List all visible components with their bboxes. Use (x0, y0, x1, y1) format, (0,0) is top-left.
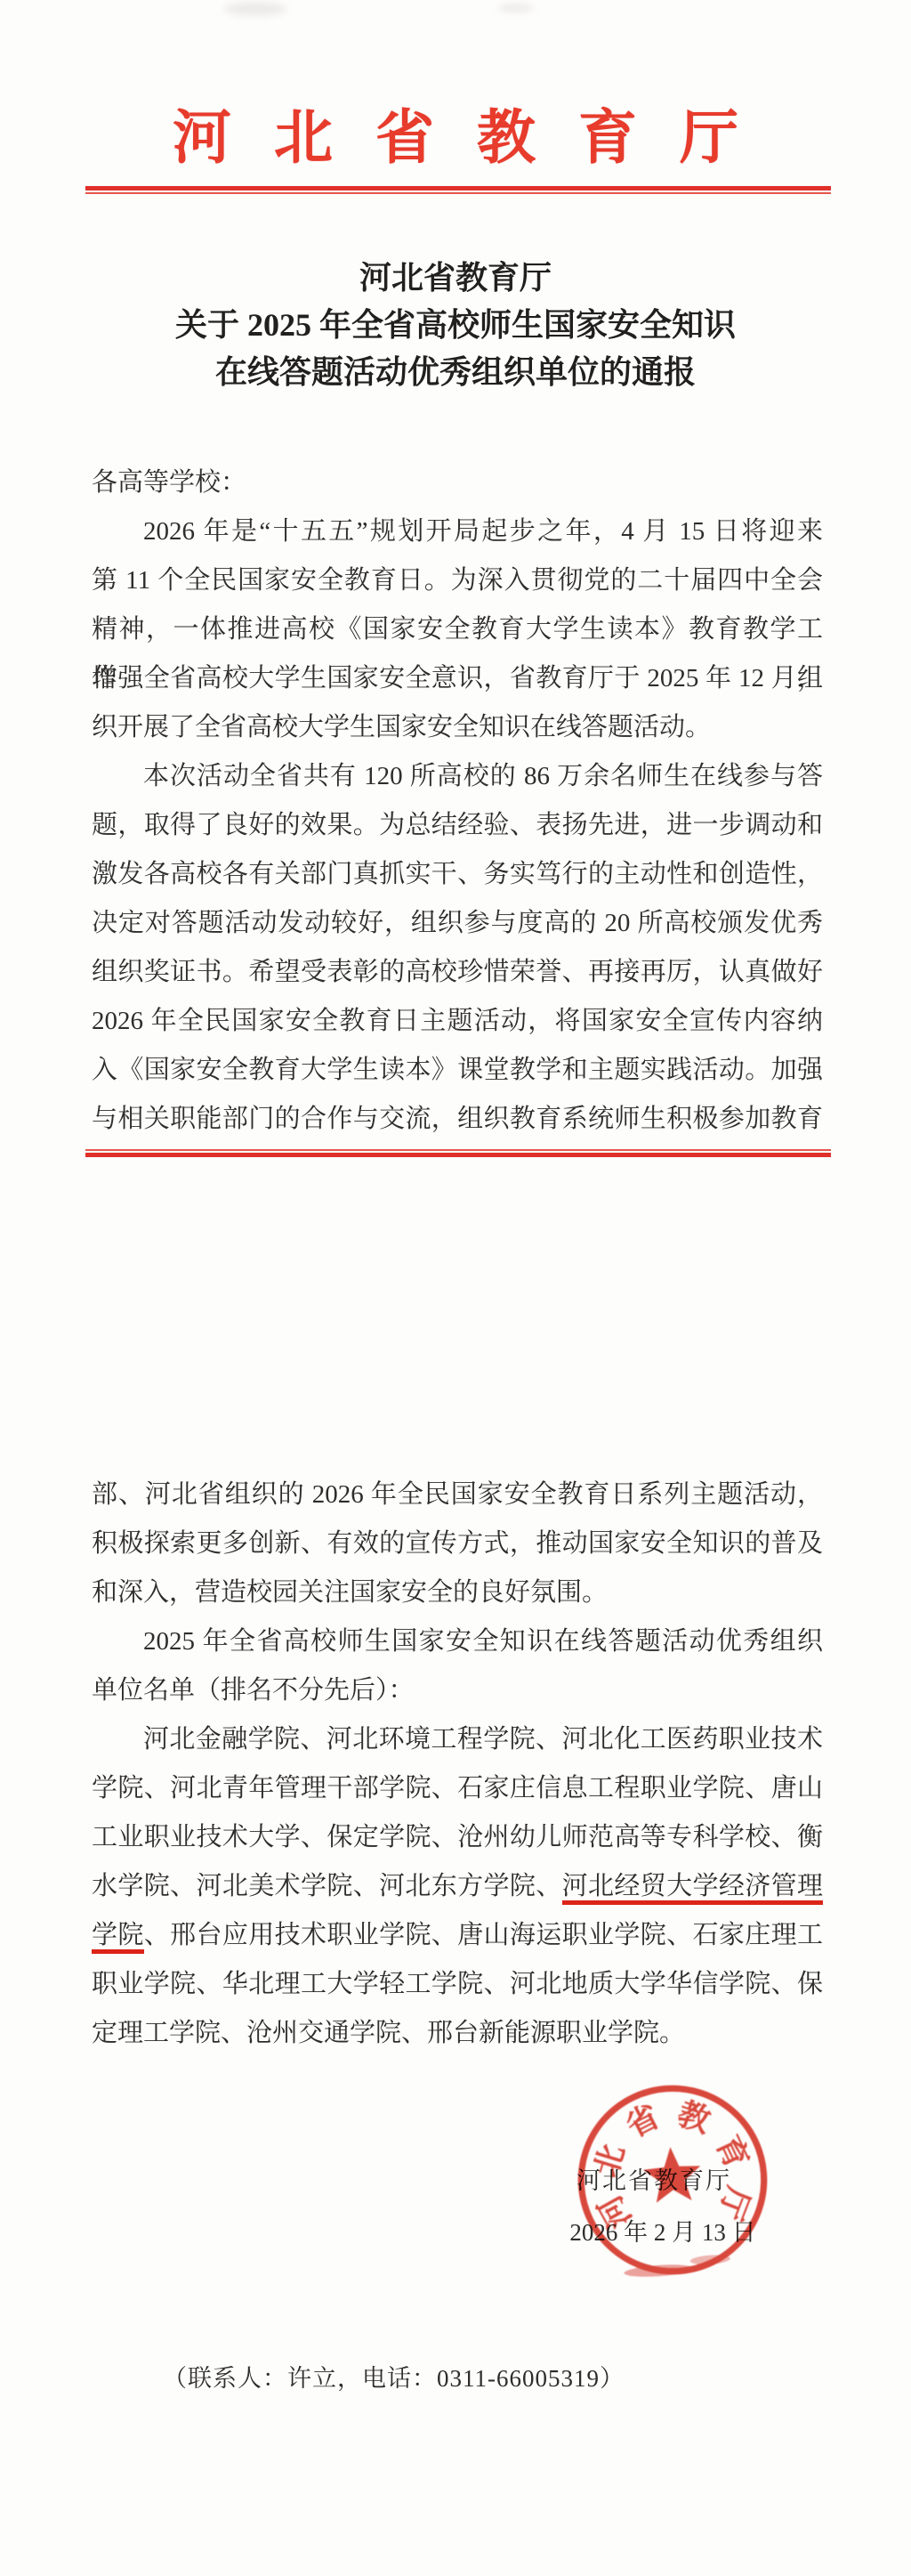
scan-smudge (498, 4, 534, 12)
seal-char: 育 (709, 2130, 754, 2174)
body-line: 决定对答题活动发动较好，组织参与度高的 20 所高校颁发优秀 (92, 899, 823, 948)
title-line-2: 关于 2025 年全省高校师生国家安全知识 (0, 302, 911, 349)
seal-char: 河 (592, 2189, 638, 2234)
masthead-divider-line (85, 186, 831, 194)
body-line: 部、河北省组织的 2026 年全民国家安全教育日系列主题活动， (92, 1470, 823, 1519)
body-line: 激发各高校各有关部门真抓实干、务实笃行的主动性和创造性， (92, 850, 823, 899)
page2-body: 部、河北省组织的 2026 年全民国家安全教育日系列主题活动， 积极探索更多创新… (92, 1470, 823, 2058)
body-line: 组织奖证书。希望受表彰的高校珍惜荣誉、再接再厉，认真做好 (92, 948, 823, 997)
body-line: 入《国家安全教育大学生读本》课堂教学和主题实践活动。加强 (92, 1046, 823, 1095)
list-line: 学院、河北青年管理干部学院、石家庄信息工程职业学院、唐山 (92, 1764, 823, 1813)
document-title: 河北省教育厅 关于 2025 年全省高校师生国家安全知识 在线答题活动优秀组织单… (0, 255, 911, 396)
list-line: 学院、邢台应用技术职业学院、唐山海运职业学院、石家庄理工 (92, 1911, 823, 1960)
seal-char: 北 (588, 2140, 632, 2181)
body-line: 单位名单（排名不分先后）： (92, 1666, 823, 1715)
list-line: 职业学院、华北理工大学轻工学院、河北地质大学华信学院、保 (92, 1960, 823, 2009)
list-line: 水学院、河北美术学院、河北东方学院、河北经贸大学经济管理 (92, 1862, 823, 1911)
list-line: 河北金融学院、河北环境工程学院、河北化工医药职业技术 (92, 1715, 823, 1764)
red-underline-highlight: 学院 (92, 1921, 144, 1954)
list-text: 、邢台应用技术职业学院、唐山海运职业学院、石家庄理工 (144, 1921, 823, 1949)
body-line: 与相关职能部门的合作与交流，组织教育系统师生积极参加教育 (92, 1095, 823, 1144)
list-text: 水学院、河北美术学院、河北东方学院、 (92, 1872, 562, 1900)
list-line: 定理工学院、沧州交通学院、邢台新能源职业学院。 (92, 2009, 823, 2058)
page1-body: 各高等学校： 2026 年是“十五五”规划开局起步之年，4 月 15 日将迎来 … (92, 458, 823, 1144)
scan-smudge (224, 2, 286, 16)
title-line-3: 在线答题活动优秀组织单位的通报 (0, 349, 911, 396)
body-line: 本次活动全省共有 120 所高校的 86 万余名师生在线参与答 (92, 752, 823, 801)
body-line: 题，取得了良好的效果。为总结经验、表扬先进，进一步调动和 (92, 801, 823, 850)
official-seal: 河北省教育厅 (565, 2070, 779, 2288)
page1-footer-line (85, 1149, 831, 1157)
contact-line: （联系人：许立，电话：0311-66005319） (163, 2359, 625, 2394)
list-line: 工业职业技术大学、保定学院、沧州幼儿师范高等专科学校、衡 (92, 1813, 823, 1862)
body-line: 2026 年是“十五五”规划开局起步之年，4 月 15 日将迎来 (92, 507, 823, 556)
body-line: 第 11 个全民国家安全教育日。为深入贯彻党的二十届四中全会 (92, 556, 823, 605)
document-page: 河北省教育厅 河北省教育厅 关于 2025 年全省高校师生国家安全知识 在线答题… (0, 0, 911, 2576)
star-icon (641, 2145, 703, 2204)
title-line-1: 河北省教育厅 (0, 255, 911, 302)
body-line: 增强全省高校大学生国家安全意识，省教育厅于 2025 年 12 月组 (92, 654, 823, 703)
body-line: 积极探索更多创新、有效的宣传方式，推动国家安全知识的普及 (92, 1519, 823, 1568)
body-line: 精神，一体推进高校《国家安全教育大学生读本》教育教学工作， (92, 605, 823, 654)
body-line: 2025 年全省高校师生国家安全知识在线答题活动优秀组织 (92, 1617, 823, 1666)
masthead-org-name: 河北省教育厅 (0, 103, 911, 174)
seal-char: 省 (620, 2098, 665, 2144)
red-underline-highlight: 河北经贸大学经济管理 (562, 1872, 823, 1905)
body-line: 织开展了全省高校大学生国家安全知识在线答题活动。 (92, 703, 823, 752)
body-line: 和深入，营造校园关注国家安全的良好氛围。 (92, 1568, 823, 1617)
body-line: 2026 年全民国家安全教育日主题活动，将国家安全宣传内容纳 (92, 997, 823, 1046)
seal-char: 厅 (712, 2183, 756, 2225)
seal-char: 教 (673, 2095, 715, 2140)
salutation: 各高等学校： (92, 458, 823, 507)
